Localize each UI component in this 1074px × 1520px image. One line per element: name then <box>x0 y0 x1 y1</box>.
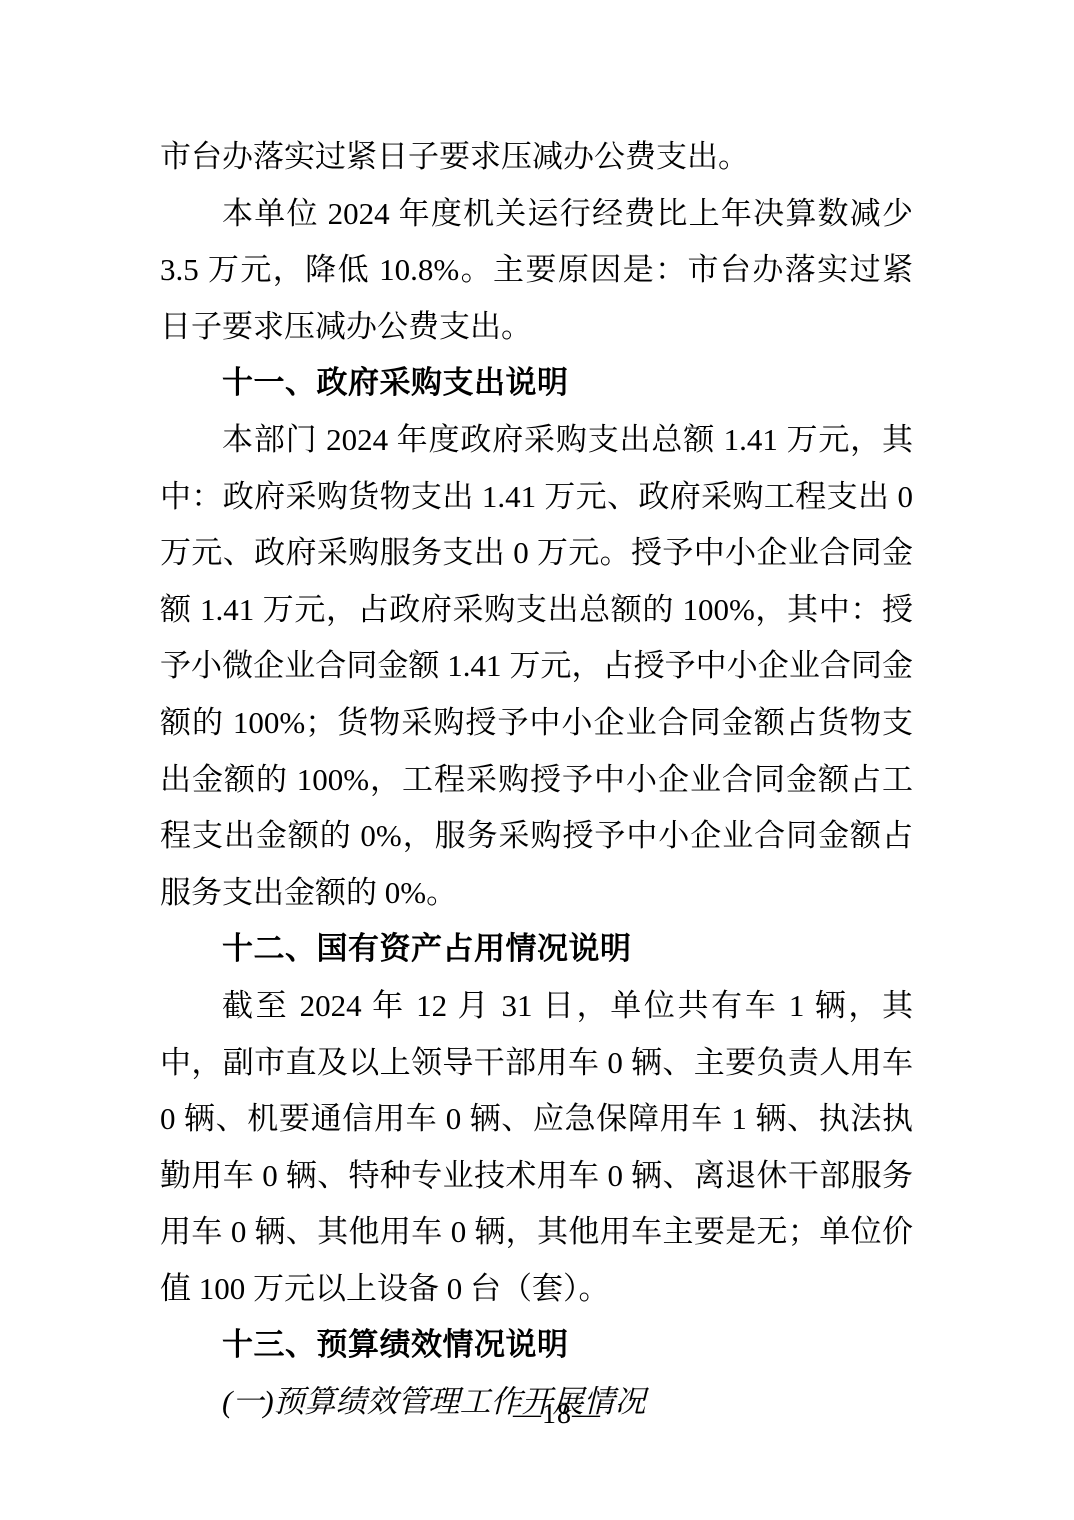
section-heading-11-government-procurement: 十一、政府采购支出说明 <box>160 355 913 412</box>
paragraph-state-assets: 截至 2024 年 12 月 31 日，单位共有车 1 辆，其中，副市直及以上领… <box>160 978 913 1318</box>
section-heading-12-state-assets: 十二、国有资产占用情况说明 <box>160 921 913 978</box>
page-number: —18— <box>513 1399 601 1431</box>
paragraph-office-expense-tail: 市台办落实过紧日子要求压减办公费支出。 <box>160 129 913 186</box>
paragraph-operating-expense: 本单位 2024 年度机关运行经费比上年决算数减少 3.5 万元，降低 10.8… <box>160 186 913 356</box>
document-page: 市台办落实过紧日子要求压减办公费支出。 本单位 2024 年度机关运行经费比上年… <box>0 0 1074 1520</box>
section-heading-13-budget-performance: 十三、预算绩效情况说明 <box>160 1317 913 1374</box>
document-body: 市台办落实过紧日子要求压减办公费支出。 本单位 2024 年度机关运行经费比上年… <box>160 129 913 1431</box>
paragraph-government-procurement: 本部门 2024 年度政府采购支出总额 1.41 万元，其中：政府采购货物支出 … <box>160 412 913 921</box>
